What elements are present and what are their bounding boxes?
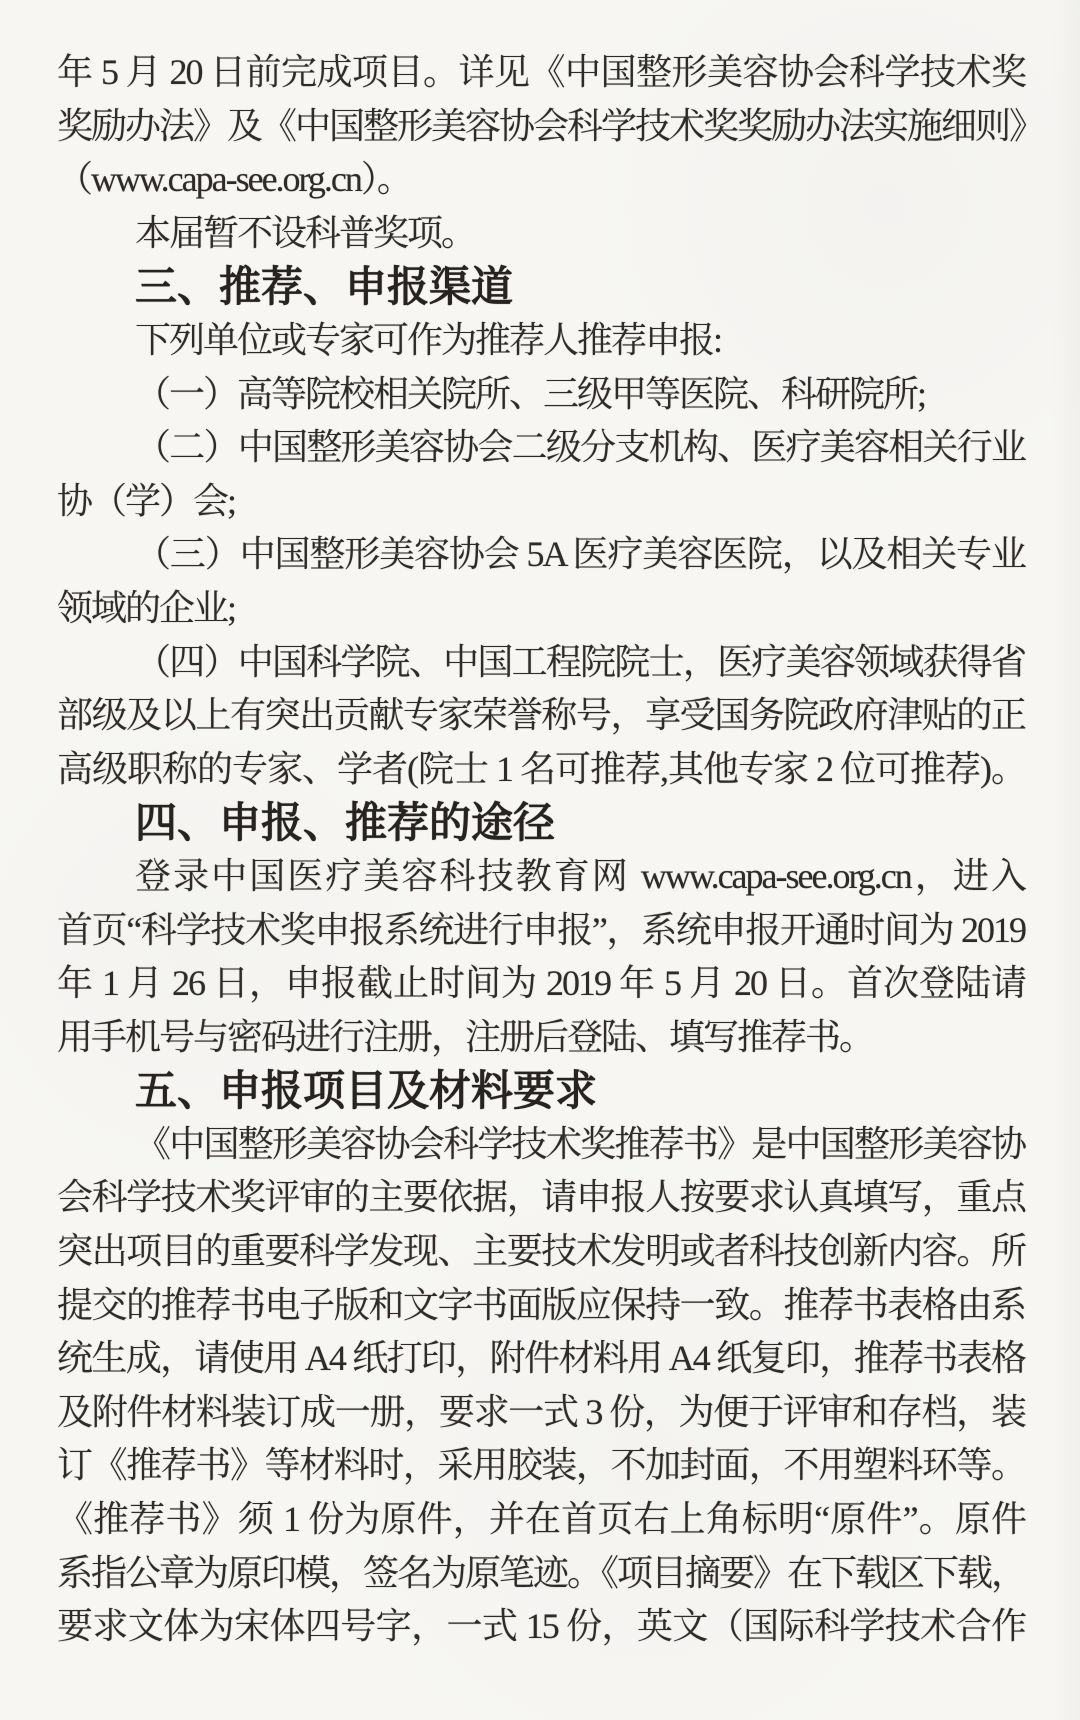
scanned-document-page: 年 5 月 20 日前完成项目。详见《中国整形美容协会科学技术奖 奖励办法》及《… <box>0 0 1080 1720</box>
heading-section-3: 三、推荐、申报渠道 <box>57 260 1025 314</box>
document-line: 订《推荐书》等材料时，采用胶装，不加封面，不用塑料环等。 <box>57 1439 1025 1493</box>
document-line: 用手机号与密码进行注册，注册后登陆、填写推荐书。 <box>57 1011 1025 1065</box>
document-line: 本届暂不设科普奖项。 <box>57 207 1025 261</box>
document-line: 年 5 月 20 日前完成项目。详见《中国整形美容协会科学技术奖 <box>57 46 1025 100</box>
document-text-block: 年 5 月 20 日前完成项目。详见《中国整形美容协会科学技术奖 奖励办法》及《… <box>0 0 1080 1654</box>
document-line: 奖励办法》及《中国整形美容协会科学技术奖奖励办法实施细则》 <box>57 100 1025 154</box>
document-line: 及附件材料装订成一册，要求一式 3 份，为便于评审和存档，装 <box>57 1386 1025 1440</box>
document-line: 领域的企业; <box>57 582 1025 636</box>
document-line: 统生成，请使用 A4 纸打印，附件材料用 A4 纸复印，推荐书表格 <box>57 1332 1025 1386</box>
document-line: 年 1 月 26 日，申报截止时间为 2019 年 5 月 20 日。首次登陆请 <box>57 957 1025 1011</box>
document-line: 部级及以上有突出贡献专家荣誉称号，享受国务院政府津贴的正 <box>57 689 1025 743</box>
document-line-item-2: （二）中国整形美容协会二级分支机构、医疗美容相关行业 <box>57 421 1025 475</box>
document-line: 下列单位或专家可作为推荐人推荐申报: <box>57 314 1025 368</box>
document-line: 系指公章为原印模，签名为原笔迹。《项目摘要》在下载区下载， <box>57 1547 1025 1601</box>
document-line: 登录中国医疗美容科技教育网 www.capa-see.org.cn，进入 <box>57 850 1025 904</box>
document-line-url: （www.capa-see.org.cn）。 <box>57 153 1025 207</box>
document-line: 《推荐书》须 1 份为原件，并在首页右上角标明“原件”。原件 <box>57 1493 1025 1547</box>
document-line: 提交的推荐书电子版和文字书面版应保持一致。推荐书表格由系 <box>57 1279 1025 1333</box>
document-line: 要求文体为宋体四号字，一式 15 份，英文（国际科学技术合作 <box>57 1600 1025 1654</box>
document-line: 高级职称的专家、学者(院士 1 名可推荐,其他专家 2 位可推荐)。 <box>57 743 1025 797</box>
document-line: 《中国整形美容协会科学技术奖推荐书》是中国整形美容协 <box>57 1118 1025 1172</box>
heading-section-5: 五、申报项目及材料要求 <box>57 1064 1025 1118</box>
document-line-item-4: （四）中国科学院、中国工程院院士，医疗美容领域获得省 <box>57 636 1025 690</box>
document-line: 会科学技术奖评审的主要依据，请申报人按要求认真填写，重点 <box>57 1171 1025 1225</box>
document-line: 突出项目的重要科学发现、主要技术发明或者科技创新内容。所 <box>57 1225 1025 1279</box>
heading-section-4: 四、申报、推荐的途径 <box>57 796 1025 850</box>
document-line: 首页“科学技术奖申报系统进行申报”，系统申报开通时间为 2019 <box>57 904 1025 958</box>
document-line-item-3: （三）中国整形美容协会 5A 医疗美容医院，以及相关专业 <box>57 528 1025 582</box>
document-line: 协（学）会; <box>57 475 1025 529</box>
document-line-item-1: （一）高等院校相关院所、三级甲等医院、科研院所; <box>57 368 1025 422</box>
